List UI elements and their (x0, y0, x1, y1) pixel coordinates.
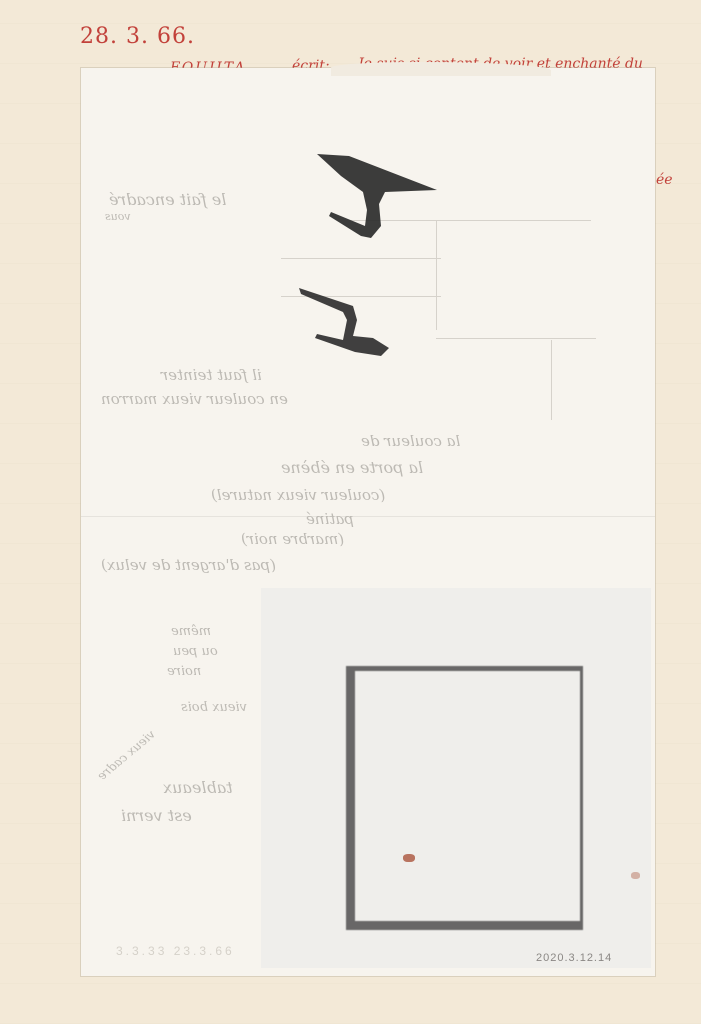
inventory-number: 2020.3.12.14 (536, 952, 612, 964)
pencil-line (436, 338, 596, 339)
pencil-note: en couleur vieux marron (101, 390, 288, 408)
red-pigment-speck (403, 854, 415, 862)
pencil-note: vous (105, 210, 131, 223)
pencil-note: (pas d'argent de velux) (101, 556, 276, 574)
pencil-note: est verni (121, 806, 192, 825)
backing-margin-fragment: ée (656, 172, 673, 188)
pencil-line (551, 340, 552, 420)
pencil-note: il faut teinter (161, 366, 262, 384)
pencil-note: (couleur vieux naturel) (211, 486, 385, 504)
frame-sketch (346, 666, 583, 930)
moulding-profile-icon (309, 146, 449, 246)
pencil-note: vieux cadre (95, 727, 158, 783)
pencil-note: même (171, 624, 211, 639)
pencil-note: la couleur de (361, 432, 460, 450)
pencil-line (281, 258, 441, 259)
faint-pencil-number: 3.3.33 23.3.66 (116, 944, 235, 958)
pencil-note: ou peu (173, 644, 218, 659)
pencil-note: patiné (306, 510, 354, 528)
backing-date: 28. 3. 66. (80, 24, 195, 49)
pencil-note: noire (167, 664, 201, 679)
torn-edge (331, 62, 551, 76)
pencil-note: vieux bois (181, 700, 247, 715)
sketch-sheet: le fait encadré vous il faut teinter en … (81, 68, 655, 976)
red-pigment-speck (631, 872, 640, 879)
pencil-line (81, 516, 655, 517)
pencil-note: le fait encadré (109, 190, 226, 209)
moulding-profile-icon (295, 282, 405, 362)
pencil-note: la porte en ébène (281, 458, 423, 477)
pencil-note: (marbre noir) (241, 530, 344, 548)
pencil-note: tableaux (163, 778, 233, 797)
